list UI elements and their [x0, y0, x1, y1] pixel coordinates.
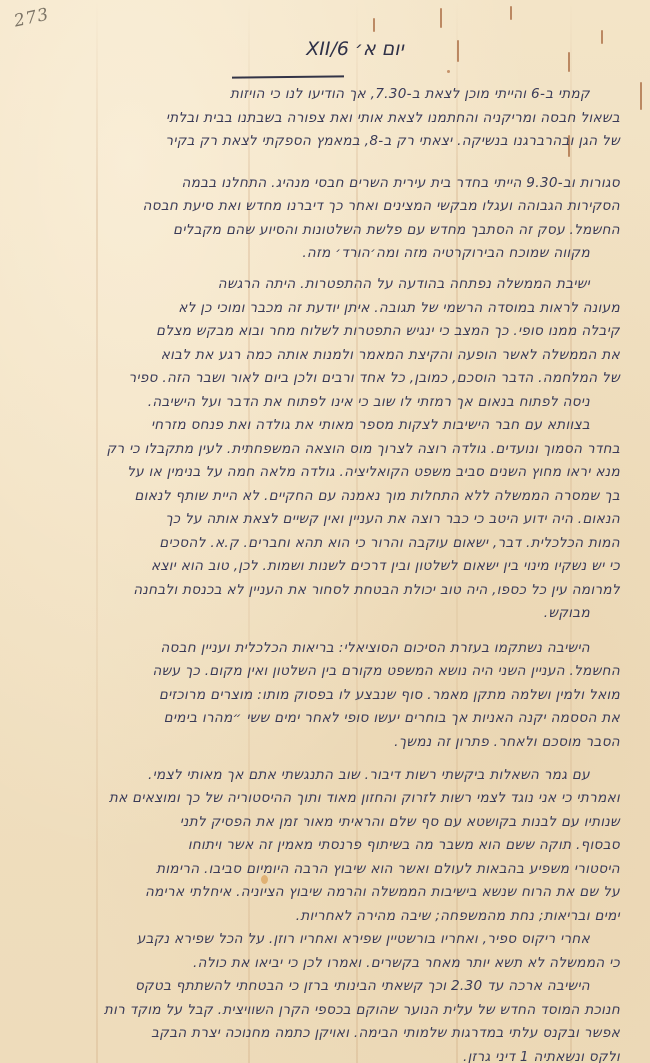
text-line: כי הממשלה לא תשא יותר מאחר בקשרים. ואמרו…	[193, 955, 620, 971]
text-line: עם גמר השאלות ביקשתי רשות דיבור. שוב התנ…	[148, 767, 590, 783]
text-line: קיבלה ממנו סופי. כך המצב כי ינגיש התפטרו…	[156, 323, 620, 339]
page-date-header: יום א׳ XII/6	[270, 38, 440, 60]
text-line: החשמל. עסק זה הסתבך מחדש עם פלשת השלטונו…	[173, 222, 620, 238]
text-line: בחדר הסמוך ונועדים. גולדה רוצה לצרוך מוס…	[107, 441, 620, 457]
text-line: היסטורי משפיע בהבאות לעולם ואשר הוא שיבו…	[156, 861, 620, 877]
text-line: את הממשלה לאשר הופעה והקיצת המאמר ולמנות…	[161, 347, 620, 363]
text-line: ישיבת הממשלה נפתחה בהודעה על ההתפטרות. ה…	[218, 276, 590, 292]
text-line: על שם את הרוח שנשא בישיבות הממשלה והרמה …	[145, 884, 620, 900]
rust-stain	[373, 18, 375, 32]
text-line: הישיבה נשתקמו בעזרת הסיכום הסוציאלי: ברי…	[160, 640, 590, 656]
text-line: של המלחמה. הדבר הוסכם, כמובן, כל אחד ורב…	[129, 370, 620, 386]
text-line: חנוכת המוסד החדש של עלית הנוער שהוקם בכס…	[104, 1002, 620, 1018]
paper-crease	[570, 0, 572, 1063]
text-line: את הססמה יקנה האניות אך בוחרים יעשו סופי…	[164, 710, 620, 726]
text-line: שנותיו עם לבנות בקושטא עם סף שלם והראיתי…	[180, 814, 620, 830]
text-line: אחרי ריקוס ספיר, ואחריו בורשטיין שפירא ו…	[137, 931, 590, 947]
text-line: הנאום. היה ידוע היטב כי כבר רוצה את העני…	[165, 511, 620, 527]
rust-stain	[447, 70, 450, 73]
rust-stain	[510, 6, 512, 20]
text-line: מבוקש.	[544, 605, 590, 621]
text-line: בצוותא עם חבר הישיבות לצקות מספר מאותי א…	[151, 417, 590, 433]
paper-crease	[248, 0, 250, 1063]
text-line: של הגן ובהרברגנו בנשיקה. יצאתי רק ב-8, ב…	[165, 133, 620, 149]
header-underline	[232, 75, 344, 78]
text-line: ימים ובריאות; נחת מהמשפחה; שיבה מהירה לא…	[296, 908, 620, 924]
text-line: בשאול חבסה ומריקניה והחתמנו לצאת אותי וא…	[166, 110, 620, 126]
text-line: מקווה שמוכח הבירוקרטיה מזה ומה׳הורד׳ מזה…	[302, 245, 590, 261]
paper-crease	[356, 0, 358, 1063]
text-line: הישיבה ארכה עד 2.30 וכך קשאתי הבינותי בר…	[135, 978, 590, 994]
text-line: ואמרתי כי אני נוגד לצמי רשות לזרוק והחזו…	[109, 790, 620, 806]
text-line: קמתי ב-6 והייתי מוכן לצאת ב-7.30, אך הוד…	[230, 86, 590, 102]
text-line: המות הכלכלית. דבר, ישאום עוקבה והרור כי …	[159, 535, 620, 551]
text-line: סגורות וב-9.30 הייתי בחדר בית עירית השרי…	[182, 175, 620, 191]
rust-stain	[640, 82, 642, 110]
rust-stain	[601, 30, 603, 44]
text-line: מנא יראו מחוץ השנים סביב משפט הקואליציה.…	[127, 464, 620, 480]
rust-stain	[440, 8, 442, 28]
paper-crease	[456, 0, 458, 1063]
text-line: בך שמסרה הממשלה ללא התחלות מוך נאמנה עם …	[134, 488, 620, 504]
rust-stain	[568, 52, 570, 72]
document-page: 273 יום א׳ XII/6 קמתי ב-6 והייתי מוכן לצ…	[0, 0, 650, 1063]
text-line: ניסה לפתוח בנאום אך רמזתי לו שוב כי אינו…	[148, 394, 590, 410]
text-line: אפשר ובקנס עלתי במדרגות שלמותי הבימה. וא…	[151, 1025, 620, 1041]
text-line: סבסוף. תוקה ששם הוא משבר מה בשיתוף פרנסת…	[188, 837, 620, 853]
text-line: ולקס ונשאתיה 1 דיני גרזן.	[463, 1049, 620, 1063]
text-line: למרומה עין כל כספו, היה טוב יכולת הבטחת …	[133, 582, 620, 598]
text-line: מואל ולמין ושלמה מתקן מאמר. סוף שנבצע לו…	[159, 687, 620, 703]
text-line: כי יש נשקיו מינוי בין ישאום לשלטון ובין …	[151, 558, 620, 574]
text-line: הסקירות הגבוהה ועגלו מבקשי המצינים ואחר …	[143, 198, 620, 214]
page-number: 273	[12, 5, 51, 32]
rust-stain	[457, 40, 459, 62]
text-line: החשמל. העניין השני היה נושא המשפט מקורם …	[152, 663, 620, 679]
paper-crease	[96, 0, 98, 1063]
text-line: מעונה לראות במוסדה הרשמי של תגובה. איתן …	[178, 300, 620, 316]
text-line: הסבר מוסכם ולאחר. פתרון זה נמשך.	[394, 734, 620, 750]
